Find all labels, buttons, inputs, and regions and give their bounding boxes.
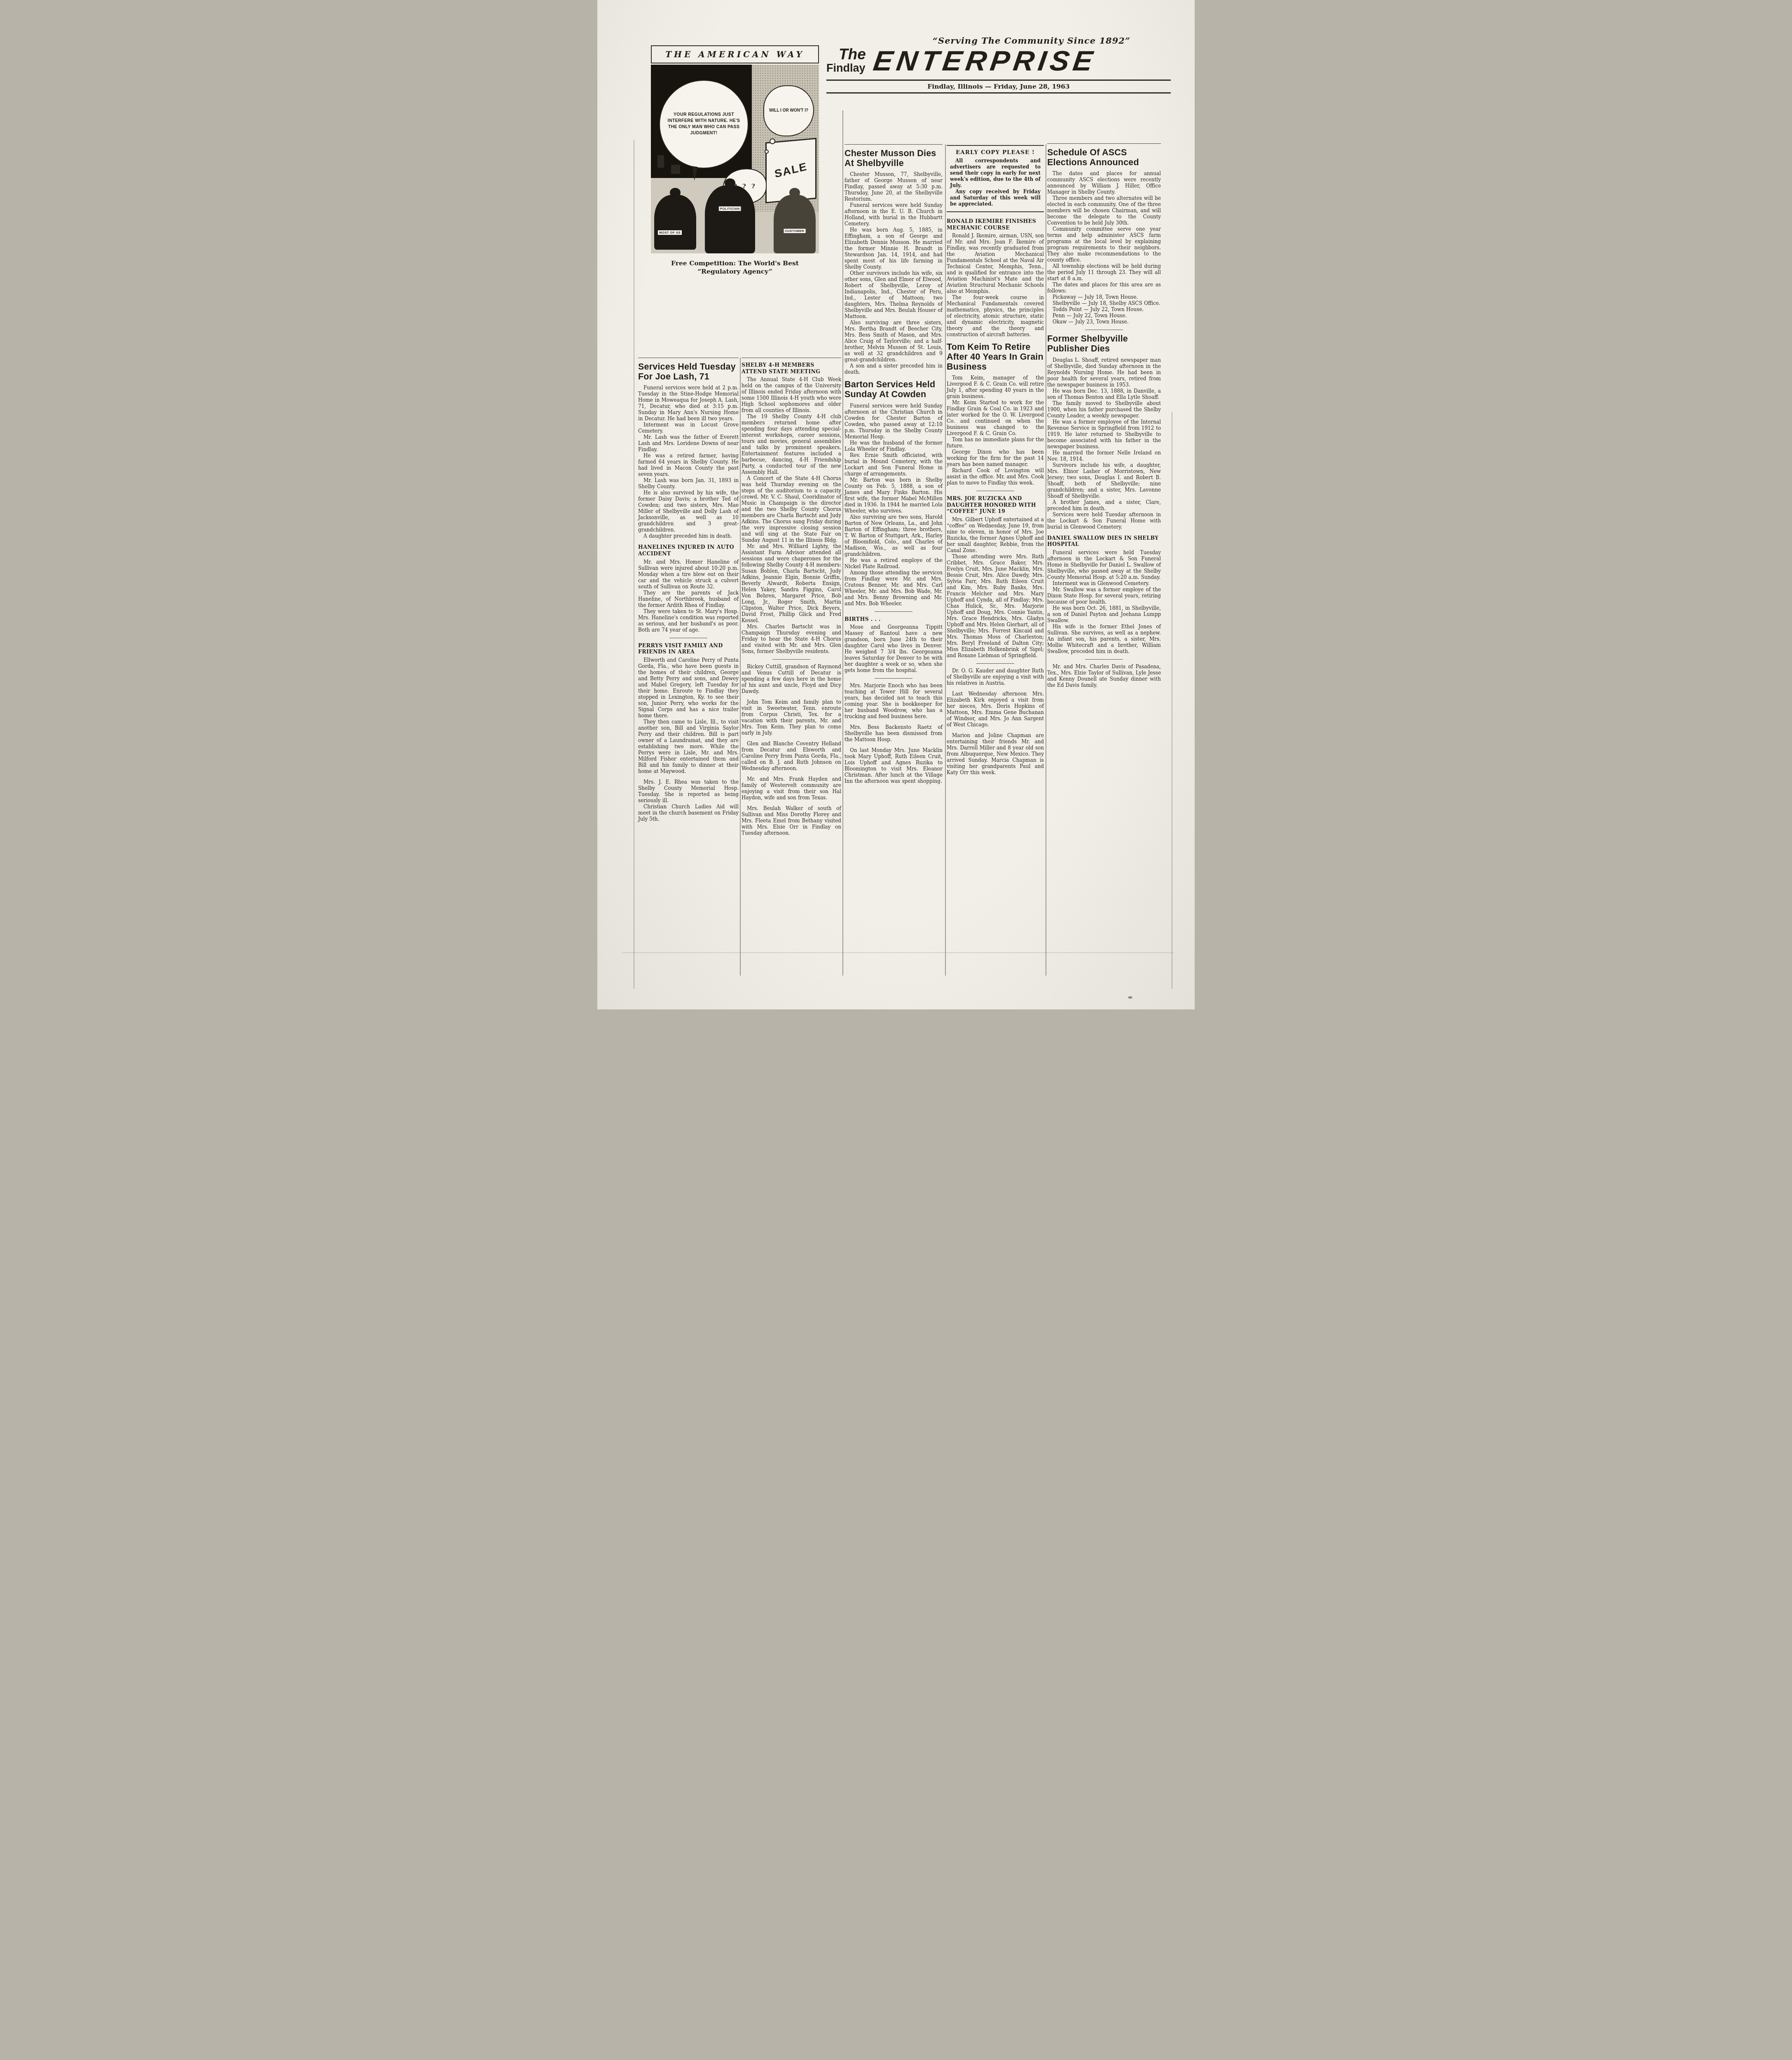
notice-body: All correspondents and advertisers are r…	[950, 158, 1041, 207]
article-haneline-accident: HANELINES INJURED IN AUTO ACCIDENT Mr. a…	[638, 544, 739, 633]
article-body: Mrs. Beulah Walker of south of Sullivan …	[742, 805, 841, 836]
article-paragraph: The 19 Shelby County 4-H club members re…	[742, 414, 841, 475]
article-paragraph: Also surviving are three sisters, Mrs. B…	[845, 320, 943, 363]
masthead-tagline: “Serving The Community Since 1892”	[892, 35, 1171, 46]
article-paragraph: Mr. Swallow was a former employe of the …	[1047, 587, 1161, 605]
editorial-cartoon: THE AMERICAN WAY SALE YOUR REGULATIONS J…	[651, 45, 819, 276]
cartoon-figure-most-of-us: MOST OF US	[654, 195, 696, 250]
column-rule	[945, 144, 946, 976]
article-paragraph: Services were held Tuesday afternoon in …	[1047, 512, 1161, 530]
article-paragraph: Ellworth and Caroline Perry of Punta Gor…	[638, 657, 739, 719]
article-paragraph: A Concert of the State 4-H Chorus was he…	[742, 475, 841, 543]
headline: SHELBY 4-H MEMBERS ATTEND STATE MEETING	[742, 362, 841, 375]
headline: DANIEL SWALLOW DIES IN SHELBY HOSPITAL	[1047, 535, 1161, 548]
article-paragraph: Pickaway — July 18, Town House.	[1047, 294, 1161, 300]
item-walker: Mrs. Beulah Walker of south of Sullivan …	[742, 805, 841, 836]
article-paragraph: Other survivors include his wife, six ot…	[845, 270, 943, 320]
article-paragraph: Tom has no immediate plans for the futur…	[947, 437, 1044, 449]
item-keim-visit: John Tom Keim and family plan to visit i…	[742, 699, 841, 736]
article-body: Mrs. Marjorie Enoch who has been teachin…	[845, 683, 943, 720]
cartoon-figure-customer: CUSTOMER	[774, 195, 816, 253]
article-paragraph: George Dixon who has been working for th…	[947, 449, 1044, 468]
local-notes: Mrs. J. E. Rhea was taken to the Shelby …	[638, 779, 739, 822]
article-body: Mose and Georgeanna Tippitt Massey of Ra…	[845, 624, 943, 674]
column-2: SHELBY 4-H MEMBERS ATTEND STATE MEETING …	[742, 358, 841, 841]
masthead-title-main: ENTERPRISE	[872, 48, 1098, 75]
scan-edge-line	[634, 140, 634, 989]
article-paragraph: Mrs. Bess Backensto Raetz of Shelbyville…	[845, 724, 943, 743]
article-paragraph: Mrs. J. E. Rhea was taken to the Shelby …	[638, 779, 739, 804]
ascs-schedule-list: Pickaway — July 18, Town House.Shelbyvil…	[1047, 294, 1161, 325]
headline: Services Held Tuesday For Joe Lash, 71	[638, 362, 739, 382]
article-body: Rickey Cuttill, grandson of Raymond and …	[742, 664, 841, 695]
article-paragraph: Mr. and Mrs. Frank Hayden and family of …	[742, 776, 841, 801]
article-paragraph: Okaw — July 23, Town House.	[1047, 319, 1161, 325]
article-body: Last Wednesday afternoon Mrs. Elizabeth …	[947, 691, 1044, 728]
article-shoaff-obituary: Former Shelbyville Publisher Dies Dougla…	[1047, 334, 1161, 530]
thought-bubble-dot	[765, 150, 769, 154]
article-paragraph: Community committee serve one year terms…	[1047, 226, 1161, 263]
article-body: Mr. and Mrs. Charles Davis of Pasadena, …	[1047, 664, 1161, 688]
masthead: “Serving The Community Since 1892” The F…	[826, 35, 1171, 94]
article-body: The Annual State 4-H Club Week held on t…	[742, 377, 841, 655]
item-davis: Mr. and Mrs. Charles Davis of Pasadena, …	[1047, 664, 1161, 688]
masthead-title-row: The Findlay ENTERPRISE	[826, 47, 1171, 75]
cartoon-building	[657, 155, 664, 168]
article-paragraph: He was the husband of the former Lola Wh…	[845, 440, 943, 452]
item-macklin: On last Monday Mrs. June Macklin took Ma…	[845, 747, 943, 784]
label-most-of-us: MOST OF US	[657, 230, 682, 235]
dateline: Findlay, Illinois — Friday, June 28, 196…	[826, 80, 1171, 94]
masthead-title-the: The	[839, 47, 866, 62]
column-3: Chester Musson Dies At Shelbyville Chest…	[845, 144, 943, 789]
article-paragraph: He was a retired farmer, having farmed 6…	[638, 453, 739, 478]
article-musson-obituary: Chester Musson Dies At Shelbyville Chest…	[845, 144, 943, 375]
headline: RONALD IKEMIRE FINISHES MECHANIC COURSE	[947, 218, 1044, 231]
headline: BIRTHS . . .	[845, 616, 943, 623]
article-paragraph: Funeral services were held Tuesday after…	[1047, 550, 1161, 581]
cartoon-building	[671, 165, 680, 174]
item-divider	[1085, 659, 1123, 660]
article-body: Marion and Joline Chapman are entertaini…	[947, 733, 1044, 776]
item-divider	[772, 659, 810, 660]
masthead-title-left: The Findlay	[826, 47, 866, 75]
headline: HANELINES INJURED IN AUTO ACCIDENT	[638, 544, 739, 557]
article-paragraph: Interment was in Locust Grove Cemetery.	[638, 422, 739, 434]
cartoon-speech-bubble: YOUR REGULATIONS JUST INTERFERE WITH NAT…	[659, 80, 748, 169]
column-rule	[1046, 144, 1046, 976]
article-paragraph: Chester Musson, 77, Shelbyville, father …	[845, 171, 943, 202]
item-kauder: Dr. O. G. Kauder and daughter Ruth of Sh…	[947, 668, 1044, 686]
article-ikemire: RONALD IKEMIRE FINISHES MECHANIC COURSE …	[947, 218, 1044, 338]
article-swallow-obituary: DANIEL SWALLOW DIES IN SHELBY HOSPITAL F…	[1047, 535, 1161, 655]
article-4h-meeting: SHELBY 4-H MEMBERS ATTEND STATE MEETING …	[742, 358, 841, 655]
item-divider	[875, 678, 912, 679]
article-perrys-visit: PERRYS VISIT FAMILY AND FRIENDS IN AREA …	[638, 642, 739, 775]
article-paragraph: Mrs. Beulah Walker of south of Sullivan …	[742, 805, 841, 836]
article-body: Mrs. Bess Backensto Raetz of Shelbyville…	[845, 724, 943, 743]
article-paragraph: On last Monday Mrs. June Macklin took Ma…	[845, 747, 943, 784]
article-body: Mrs. Gilbert Uphoff entertained at a “co…	[947, 517, 1044, 659]
article-body: Ronald J. Ikemire, airman, USN, son of M…	[947, 233, 1044, 338]
article-paragraph: Mr. Keim Started to work for the Findlay…	[947, 400, 1044, 437]
article-paragraph: Richard Cook of Lovington will assist in…	[947, 468, 1044, 486]
item-divider	[669, 638, 707, 638]
article-paragraph: The dates and places for annual communit…	[1047, 171, 1161, 195]
article-paragraph: Interment was in Glenwood Cemetery.	[1047, 581, 1161, 587]
article-paragraph: Funeral services were held Sunday aftern…	[845, 403, 943, 440]
article-paragraph: Any copy received by Friday and Saturday…	[950, 189, 1041, 207]
article-body: Dr. O. G. Kauder and daughter Ruth of Sh…	[947, 668, 1044, 686]
article-paragraph: He was born Oct. 26, 1881, in Shelbyvill…	[1047, 605, 1161, 624]
label-customer: CUSTOMER	[783, 228, 806, 234]
article-body: Funeral services were held at 2 p.m. Tue…	[638, 385, 739, 539]
article-body: The dates and places for annual communit…	[1047, 171, 1161, 294]
article-paragraph: Last Wednesday afternoon Mrs. Elizabeth …	[947, 691, 1044, 728]
article-paragraph: Douglas L. Shoaff, retired newspaper man…	[1047, 357, 1161, 388]
item-raetz: Mrs. Bess Backensto Raetz of Shelbyville…	[845, 724, 943, 743]
article-paragraph: Glen and Blanche Coventry Helland from D…	[742, 741, 841, 772]
item-divider	[875, 611, 912, 612]
item-divider	[976, 663, 1014, 664]
thought-bubble-dot	[770, 138, 775, 144]
article-paragraph: All township elections will be held duri…	[1047, 263, 1161, 282]
article-paragraph: Mrs. Gilbert Uphoff entertained at a “co…	[947, 517, 1044, 554]
item-cuttill: Rickey Cuttill, grandson of Raymond and …	[742, 664, 841, 695]
article-paragraph: They were taken to St. Mary's Hosp. Mrs.…	[638, 609, 739, 633]
article-paragraph: Dr. O. G. Kauder and daughter Ruth of Sh…	[947, 668, 1044, 686]
article-paragraph: A daughter preceded him in death.	[638, 533, 739, 539]
article-paragraph: Rev. Ernie Smith officiated, with burial…	[845, 452, 943, 477]
article-paragraph: Survivors include his wife, a daughter, …	[1047, 462, 1161, 499]
column-4: EARLY COPY PLEASE ! All correspondents a…	[947, 145, 1044, 780]
article-paragraph: Ronald J. Ikemire, airman, USN, son of M…	[947, 233, 1044, 295]
headline: Barton Services Held Sunday At Cowden	[845, 380, 943, 399]
headline: Chester Musson Dies At Shelbyville	[845, 149, 943, 168]
article-keim-retire: Tom Keim To Retire After 40 Years In Gra…	[947, 342, 1044, 486]
column-1: Services Held Tuesday For Joe Lash, 71 F…	[638, 358, 739, 827]
article-barton-services: Barton Services Held Sunday At Cowden Fu…	[845, 380, 943, 606]
article-paragraph: Mose and Georgeanna Tippitt Massey of Ra…	[845, 624, 943, 674]
article-body: Mr. and Mrs. Homer Haneline of Sullivan …	[638, 559, 739, 633]
masthead-title-findlay: Findlay	[826, 62, 866, 75]
article-paragraph: Mrs. Marjorie Enoch who has been teachin…	[845, 683, 943, 720]
column-rule	[842, 110, 843, 976]
item-chapman: Marion and Joline Chapman are entertaini…	[947, 733, 1044, 776]
newspaper-page: “Serving The Community Since 1892” The F…	[597, 0, 1195, 1009]
item-divider	[976, 491, 1014, 491]
article-body: Tom Keim, manager of the Livergood F. & …	[947, 375, 1044, 486]
item-coventry: Glen and Blanche Coventry Helland from D…	[742, 741, 841, 772]
article-paragraph: He was born Dec. 13, 1888, in Danville, …	[1047, 388, 1161, 400]
label-politician: POLITICIAN	[718, 206, 742, 211]
article-paragraph: He is also survived by his wife, the for…	[638, 490, 739, 533]
article-body: Mrs. J. E. Rhea was taken to the Shelby …	[638, 779, 739, 822]
article-paragraph: The Annual State 4-H Club Week held on t…	[742, 377, 841, 414]
cartoon-scene: SALE YOUR REGULATIONS JUST INTERFERE WIT…	[651, 65, 819, 253]
article-paragraph: He was a retired employe of the Nickel P…	[845, 557, 943, 570]
article-births: BIRTHS . . . Mose and Georgeanna Tippitt…	[845, 616, 943, 674]
item-enoch: Mrs. Marjorie Enoch who has been teachin…	[845, 683, 943, 720]
article-ascs-elections: Schedule Of ASCS Elections Announced The…	[1047, 143, 1161, 325]
early-copy-notice: EARLY COPY PLEASE ! All correspondents a…	[947, 145, 1044, 212]
article-paragraph: Those attending were Mrs. Ruth Cribbet, …	[947, 554, 1044, 659]
article-paragraph: Mr. and Mrs. Charles Davis of Pasadena, …	[1047, 664, 1161, 688]
article-paragraph: Mr. Barton was born in Shelby County on …	[845, 477, 943, 514]
article-paragraph: Funeral services were held Sunday aftern…	[845, 202, 943, 227]
article-paragraph: He was born Aug. 5, 1885, in Effingham, …	[845, 227, 943, 270]
article-paragraph: Three members and two alternates will be…	[1047, 195, 1161, 226]
article-paragraph: They then came to Lisle, Ill., to visit …	[638, 719, 739, 775]
article-paragraph: Penn — July 22, Town House.	[1047, 313, 1161, 319]
article-paragraph: Marion and Joline Chapman are entertaini…	[947, 733, 1044, 776]
article-paragraph: Tom Keim, manager of the Livergood F. & …	[947, 375, 1044, 400]
headline: Former Shelbyville Publisher Dies	[1047, 334, 1161, 353]
column-rule	[740, 358, 741, 976]
article-paragraph: Shelbyville — July 18, Shelby ASCS Offic…	[1047, 300, 1161, 307]
item-divider	[1085, 330, 1123, 330]
article-body: Funeral services were held Sunday aftern…	[845, 403, 943, 607]
article-body: Funeral services were held Tuesday after…	[1047, 550, 1161, 655]
ink-smudge	[1128, 996, 1132, 999]
column-5: Schedule Of ASCS Elections Announced The…	[1047, 143, 1161, 693]
article-paragraph: Among those attending the services from …	[845, 570, 943, 607]
cartoon-figure-politician: POLITICIAN	[705, 185, 755, 253]
article-paragraph: Mr. Lash was born Jan. 31, 1893 in Shelb…	[638, 478, 739, 490]
article-joe-lash: Services Held Tuesday For Joe Lash, 71 F…	[638, 358, 739, 539]
cartoon-caption: Free Competition: The World's Best “Regu…	[651, 259, 819, 276]
article-body: On last Monday Mrs. June Macklin took Ma…	[845, 747, 943, 784]
article-paragraph: Christian Church Ladies Aid will meet in…	[638, 804, 739, 822]
article-paragraph: Funeral services were held at 2 p.m. Tue…	[638, 385, 739, 422]
article-paragraph: The dates and places for this area are a…	[1047, 282, 1161, 294]
article-paragraph: Mr. and Mrs. Homer Haneline of Sullivan …	[638, 559, 739, 590]
article-body: Chester Musson, 77, Shelbyville, father …	[845, 171, 943, 375]
scan-edge-line	[1172, 412, 1172, 989]
article-body: Douglas L. Shoaff, retired newspaper man…	[1047, 357, 1161, 530]
headline: Tom Keim To Retire After 40 Years In Gra…	[947, 342, 1044, 372]
article-paragraph: Rickey Cuttill, grandson of Raymond and …	[742, 664, 841, 695]
scan-fold-line	[622, 953, 1174, 953]
headline: MRS. JOE RUZICKA AND DAUGHTER HONORED WI…	[947, 495, 1044, 515]
article-paragraph: His wife is the former Ethel Jones of Su…	[1047, 624, 1161, 655]
article-paragraph: All correspondents and advertisers are r…	[950, 158, 1041, 189]
article-body: Glen and Blanche Coventry Helland from D…	[742, 741, 841, 772]
article-paragraph: Todds Point — July 22, Town House.	[1047, 307, 1161, 313]
article-body: John Tom Keim and family plan to visit i…	[742, 699, 841, 736]
article-paragraph: Also surviving are two sons, Harold Bart…	[845, 514, 943, 557]
article-paragraph: The family moved to Shelbyville about 19…	[1047, 400, 1161, 419]
headline: Schedule Of ASCS Elections Announced	[1047, 148, 1161, 167]
item-kirk: Last Wednesday afternoon Mrs. Elizabeth …	[947, 691, 1044, 728]
article-body: Mr. and Mrs. Frank Hayden and family of …	[742, 776, 841, 801]
article-paragraph: He married the former Nelle Ireland on N…	[1047, 450, 1161, 462]
item-hayden: Mr. and Mrs. Frank Hayden and family of …	[742, 776, 841, 801]
headline: PERRYS VISIT FAMILY AND FRIENDS IN AREA	[638, 642, 739, 655]
headline: EARLY COPY PLEASE !	[950, 149, 1041, 156]
article-paragraph: He was a former employee of the Internal…	[1047, 419, 1161, 450]
article-paragraph: Mrs. Charles Bartscht was in Champaign T…	[742, 624, 841, 655]
article-paragraph: The four-week course in Mechanical Funda…	[947, 295, 1044, 338]
article-paragraph: Mr. and Mrs. Williard Lighty, the Assist…	[742, 543, 841, 624]
article-paragraph: John Tom Keim and family plan to visit i…	[742, 699, 841, 736]
cartoon-title: THE AMERICAN WAY	[651, 45, 819, 63]
sale-sign-text: SALE	[774, 160, 808, 181]
article-body: Ellworth and Caroline Perry of Punta Gor…	[638, 657, 739, 775]
article-paragraph: They are the parents of Jack Haneline, o…	[638, 590, 739, 609]
article-ruzicka-coffee: MRS. JOE RUZICKA AND DAUGHTER HONORED WI…	[947, 495, 1044, 659]
article-paragraph: A son and a sister preceded him in death…	[845, 363, 943, 375]
article-paragraph: Mr. Lash was the father of Everett Lash …	[638, 434, 739, 453]
article-paragraph: A brother James, and a sister, Clare, pr…	[1047, 499, 1161, 512]
